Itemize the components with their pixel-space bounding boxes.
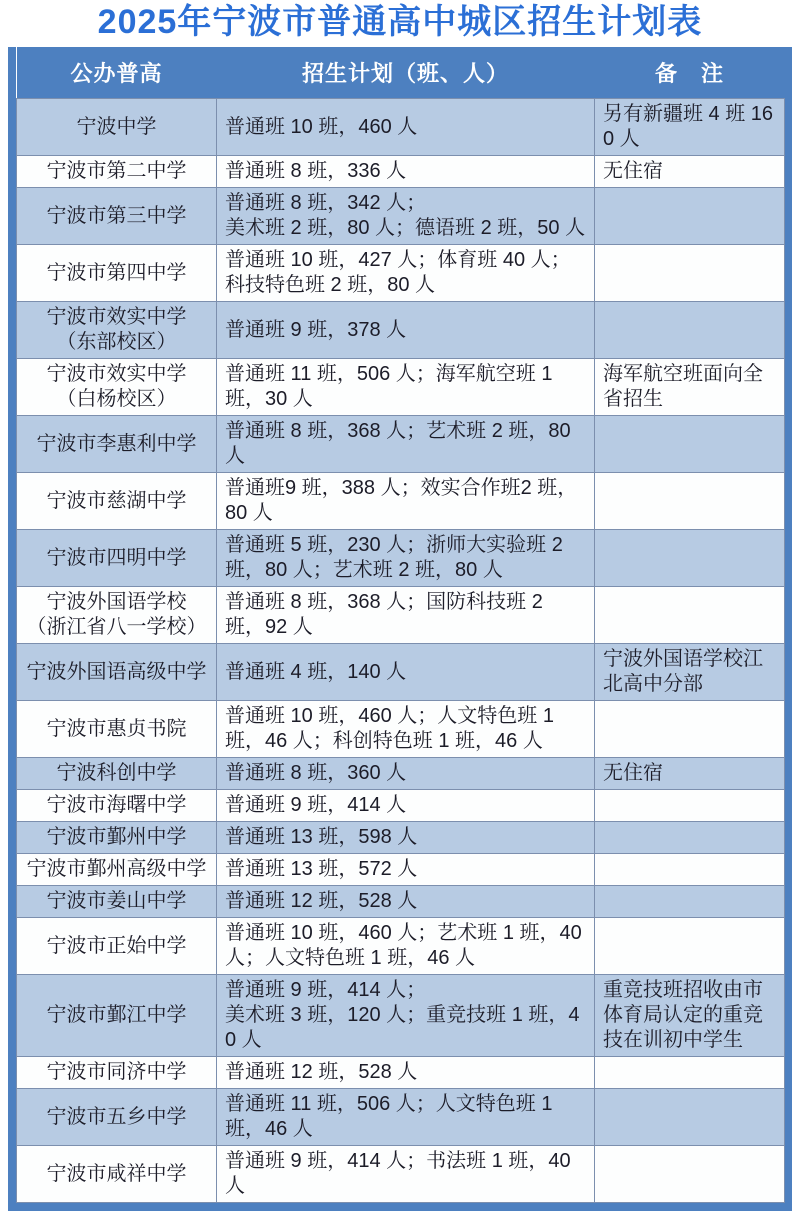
enrollment-plan: 普通班 10 班，460 人；人文特色班 1 班，46 人；科创特色班 1 班，… bbox=[217, 701, 595, 758]
table-row: 宁波市四明中学 普通班 5 班，230 人；浙师大实验班 2 班，80 人；艺术… bbox=[17, 530, 785, 587]
enrollment-plan: 普通班 9 班，378 人 bbox=[217, 302, 595, 359]
table-row: 宁波市李惠利中学 普通班 8 班，368 人；艺术班 2 班，80 人 bbox=[17, 416, 785, 473]
remark bbox=[595, 587, 785, 644]
enrollment-plan: 普通班 10 班，460 人 bbox=[217, 99, 595, 156]
school-name: 宁波市鄞江中学 bbox=[17, 975, 217, 1057]
enrollment-plan: 普通班 8 班，342 人； 美术班 2 班，80 人；德语班 2 班，50 人 bbox=[217, 188, 595, 245]
table-row: 宁波市效实中学 （白杨校区） 普通班 11 班，506 人；海军航空班 1 班，… bbox=[17, 359, 785, 416]
remark bbox=[595, 854, 785, 886]
school-name: 宁波市第二中学 bbox=[17, 156, 217, 188]
table-row: 宁波市第四中学 普通班 10 班，427 人；体育班 40 人； 科技特色班 2… bbox=[17, 245, 785, 302]
table-row: 宁波市姜山中学 普通班 12 班，528 人 bbox=[17, 886, 785, 918]
remark bbox=[595, 1146, 785, 1203]
remark: 无住宿 bbox=[595, 156, 785, 188]
col-header-plan: 招生计划（班、人） bbox=[217, 47, 595, 99]
enrollment-plan: 普通班 10 班，460 人；艺术班 1 班，40 人；人文特色班 1 班，46… bbox=[217, 918, 595, 975]
remark bbox=[595, 188, 785, 245]
enrollment-plan: 普通班 13 班，598 人 bbox=[217, 822, 595, 854]
remark bbox=[595, 918, 785, 975]
remark: 另有新疆班 4 班 160 人 bbox=[595, 99, 785, 156]
table-row: 宁波市正始中学 普通班 10 班，460 人；艺术班 1 班，40 人；人文特色… bbox=[17, 918, 785, 975]
table-row: 宁波市慈湖中学 普通班9 班，388 人；效实合作班2 班，80 人 bbox=[17, 473, 785, 530]
table-row: 宁波市鄞州中学 普通班 13 班，598 人 bbox=[17, 822, 785, 854]
remark bbox=[595, 701, 785, 758]
school-name: 宁波市第四中学 bbox=[17, 245, 217, 302]
school-name: 宁波外国语学校 （浙江省八一学校） bbox=[17, 587, 217, 644]
enrollment-plan: 普通班 5 班，230 人；浙师大实验班 2 班，80 人；艺术班 2 班，80… bbox=[217, 530, 595, 587]
table-row: 宁波市效实中学 （东部校区） 普通班 9 班，378 人 bbox=[17, 302, 785, 359]
school-name: 宁波市慈湖中学 bbox=[17, 473, 217, 530]
school-name: 宁波市鄞州高级中学 bbox=[17, 854, 217, 886]
table-row: 宁波市惠贞书院 普通班 10 班，460 人；人文特色班 1 班，46 人；科创… bbox=[17, 701, 785, 758]
remark bbox=[595, 245, 785, 302]
school-name: 宁波市五乡中学 bbox=[17, 1089, 217, 1146]
enrollment-plan: 普通班 4 班，140 人 bbox=[217, 644, 595, 701]
remark bbox=[595, 530, 785, 587]
enrollment-plan: 普通班 8 班，360 人 bbox=[217, 758, 595, 790]
remark: 海军航空班面向全省招生 bbox=[595, 359, 785, 416]
enrollment-plan: 普通班 9 班，414 人；书法班 1 班，40 人 bbox=[217, 1146, 595, 1203]
enrollment-plan: 普通班 12 班，528 人 bbox=[217, 886, 595, 918]
enrollment-plan: 普通班 11 班，506 人；海军航空班 1 班，30 人 bbox=[217, 359, 595, 416]
remark bbox=[595, 822, 785, 854]
table-row: 宁波市第二中学 普通班 8 班，336 人 无住宿 bbox=[17, 156, 785, 188]
school-name: 宁波中学 bbox=[17, 99, 217, 156]
table-body: 宁波中学 普通班 10 班，460 人 另有新疆班 4 班 160 人 宁波市第… bbox=[17, 99, 785, 1203]
col-header-remark: 备 注 bbox=[595, 47, 785, 99]
enrollment-plan: 普通班9 班，388 人；效实合作班2 班，80 人 bbox=[217, 473, 595, 530]
table-row: 宁波中学 普通班 10 班，460 人 另有新疆班 4 班 160 人 bbox=[17, 99, 785, 156]
remark: 无住宿 bbox=[595, 758, 785, 790]
table-row: 宁波市海曙中学 普通班 9 班，414 人 bbox=[17, 790, 785, 822]
enrollment-plan: 普通班 8 班，368 人；国防科技班 2 班，92 人 bbox=[217, 587, 595, 644]
school-name: 宁波科创中学 bbox=[17, 758, 217, 790]
school-name: 宁波市惠贞书院 bbox=[17, 701, 217, 758]
school-name: 宁波市姜山中学 bbox=[17, 886, 217, 918]
school-name: 宁波市海曙中学 bbox=[17, 790, 217, 822]
remark bbox=[595, 790, 785, 822]
school-name: 宁波市咸祥中学 bbox=[17, 1146, 217, 1203]
enrollment-plan: 普通班 12 班，528 人 bbox=[217, 1057, 595, 1089]
school-name: 宁波市效实中学 （白杨校区） bbox=[17, 359, 217, 416]
enrollment-table: 公办普高 招生计划（班、人） 备 注 宁波中学 普通班 10 班，460 人 另… bbox=[16, 47, 785, 1203]
school-name: 宁波市同济中学 bbox=[17, 1057, 217, 1089]
table-row: 宁波科创中学 普通班 8 班，360 人 无住宿 bbox=[17, 758, 785, 790]
table-row: 宁波市咸祥中学 普通班 9 班，414 人；书法班 1 班，40 人 bbox=[17, 1146, 785, 1203]
remark: 宁波外国语学校江北高中分部 bbox=[595, 644, 785, 701]
enrollment-plan: 普通班 9 班，414 人； 美术班 3 班，120 人；重竞技班 1 班，40… bbox=[217, 975, 595, 1057]
remark bbox=[595, 302, 785, 359]
page: 2025年宁波市普通高中城区招生计划表 公办普高 招生计划（班、人） 备 注 宁… bbox=[0, 0, 800, 1211]
school-name: 宁波外国语高级中学 bbox=[17, 644, 217, 701]
table-frame: 公办普高 招生计划（班、人） 备 注 宁波中学 普通班 10 班，460 人 另… bbox=[8, 47, 792, 1211]
school-name: 宁波市效实中学 （东部校区） bbox=[17, 302, 217, 359]
table-row: 宁波外国语学校 （浙江省八一学校） 普通班 8 班，368 人；国防科技班 2 … bbox=[17, 587, 785, 644]
enrollment-plan: 普通班 8 班，368 人；艺术班 2 班，80 人 bbox=[217, 416, 595, 473]
remark bbox=[595, 473, 785, 530]
school-name: 宁波市四明中学 bbox=[17, 530, 217, 587]
school-name: 宁波市李惠利中学 bbox=[17, 416, 217, 473]
table-row: 宁波市五乡中学 普通班 11 班，506 人；人文特色班 1 班，46 人 bbox=[17, 1089, 785, 1146]
table-row: 宁波外国语高级中学 普通班 4 班，140 人 宁波外国语学校江北高中分部 bbox=[17, 644, 785, 701]
table-row: 宁波市鄞江中学 普通班 9 班，414 人； 美术班 3 班，120 人；重竞技… bbox=[17, 975, 785, 1057]
table-row: 宁波市同济中学 普通班 12 班，528 人 bbox=[17, 1057, 785, 1089]
school-name: 宁波市鄞州中学 bbox=[17, 822, 217, 854]
table-row: 宁波市鄞州高级中学 普通班 13 班，572 人 bbox=[17, 854, 785, 886]
remark bbox=[595, 1089, 785, 1146]
enrollment-plan: 普通班 10 班，427 人；体育班 40 人； 科技特色班 2 班，80 人 bbox=[217, 245, 595, 302]
col-header-school: 公办普高 bbox=[17, 47, 217, 99]
remark bbox=[595, 416, 785, 473]
remark: 重竞技班招收由市体育局认定的重竞技在训初中学生 bbox=[595, 975, 785, 1057]
enrollment-plan: 普通班 13 班，572 人 bbox=[217, 854, 595, 886]
remark bbox=[595, 1057, 785, 1089]
school-name: 宁波市第三中学 bbox=[17, 188, 217, 245]
table-row: 宁波市第三中学 普通班 8 班，342 人； 美术班 2 班，80 人；德语班 … bbox=[17, 188, 785, 245]
enrollment-plan: 普通班 11 班，506 人；人文特色班 1 班，46 人 bbox=[217, 1089, 595, 1146]
page-title: 2025年宁波市普通高中城区招生计划表 bbox=[0, 0, 800, 47]
school-name: 宁波市正始中学 bbox=[17, 918, 217, 975]
remark bbox=[595, 886, 785, 918]
header-row: 公办普高 招生计划（班、人） 备 注 bbox=[17, 47, 785, 99]
enrollment-plan: 普通班 8 班，336 人 bbox=[217, 156, 595, 188]
enrollment-plan: 普通班 9 班，414 人 bbox=[217, 790, 595, 822]
